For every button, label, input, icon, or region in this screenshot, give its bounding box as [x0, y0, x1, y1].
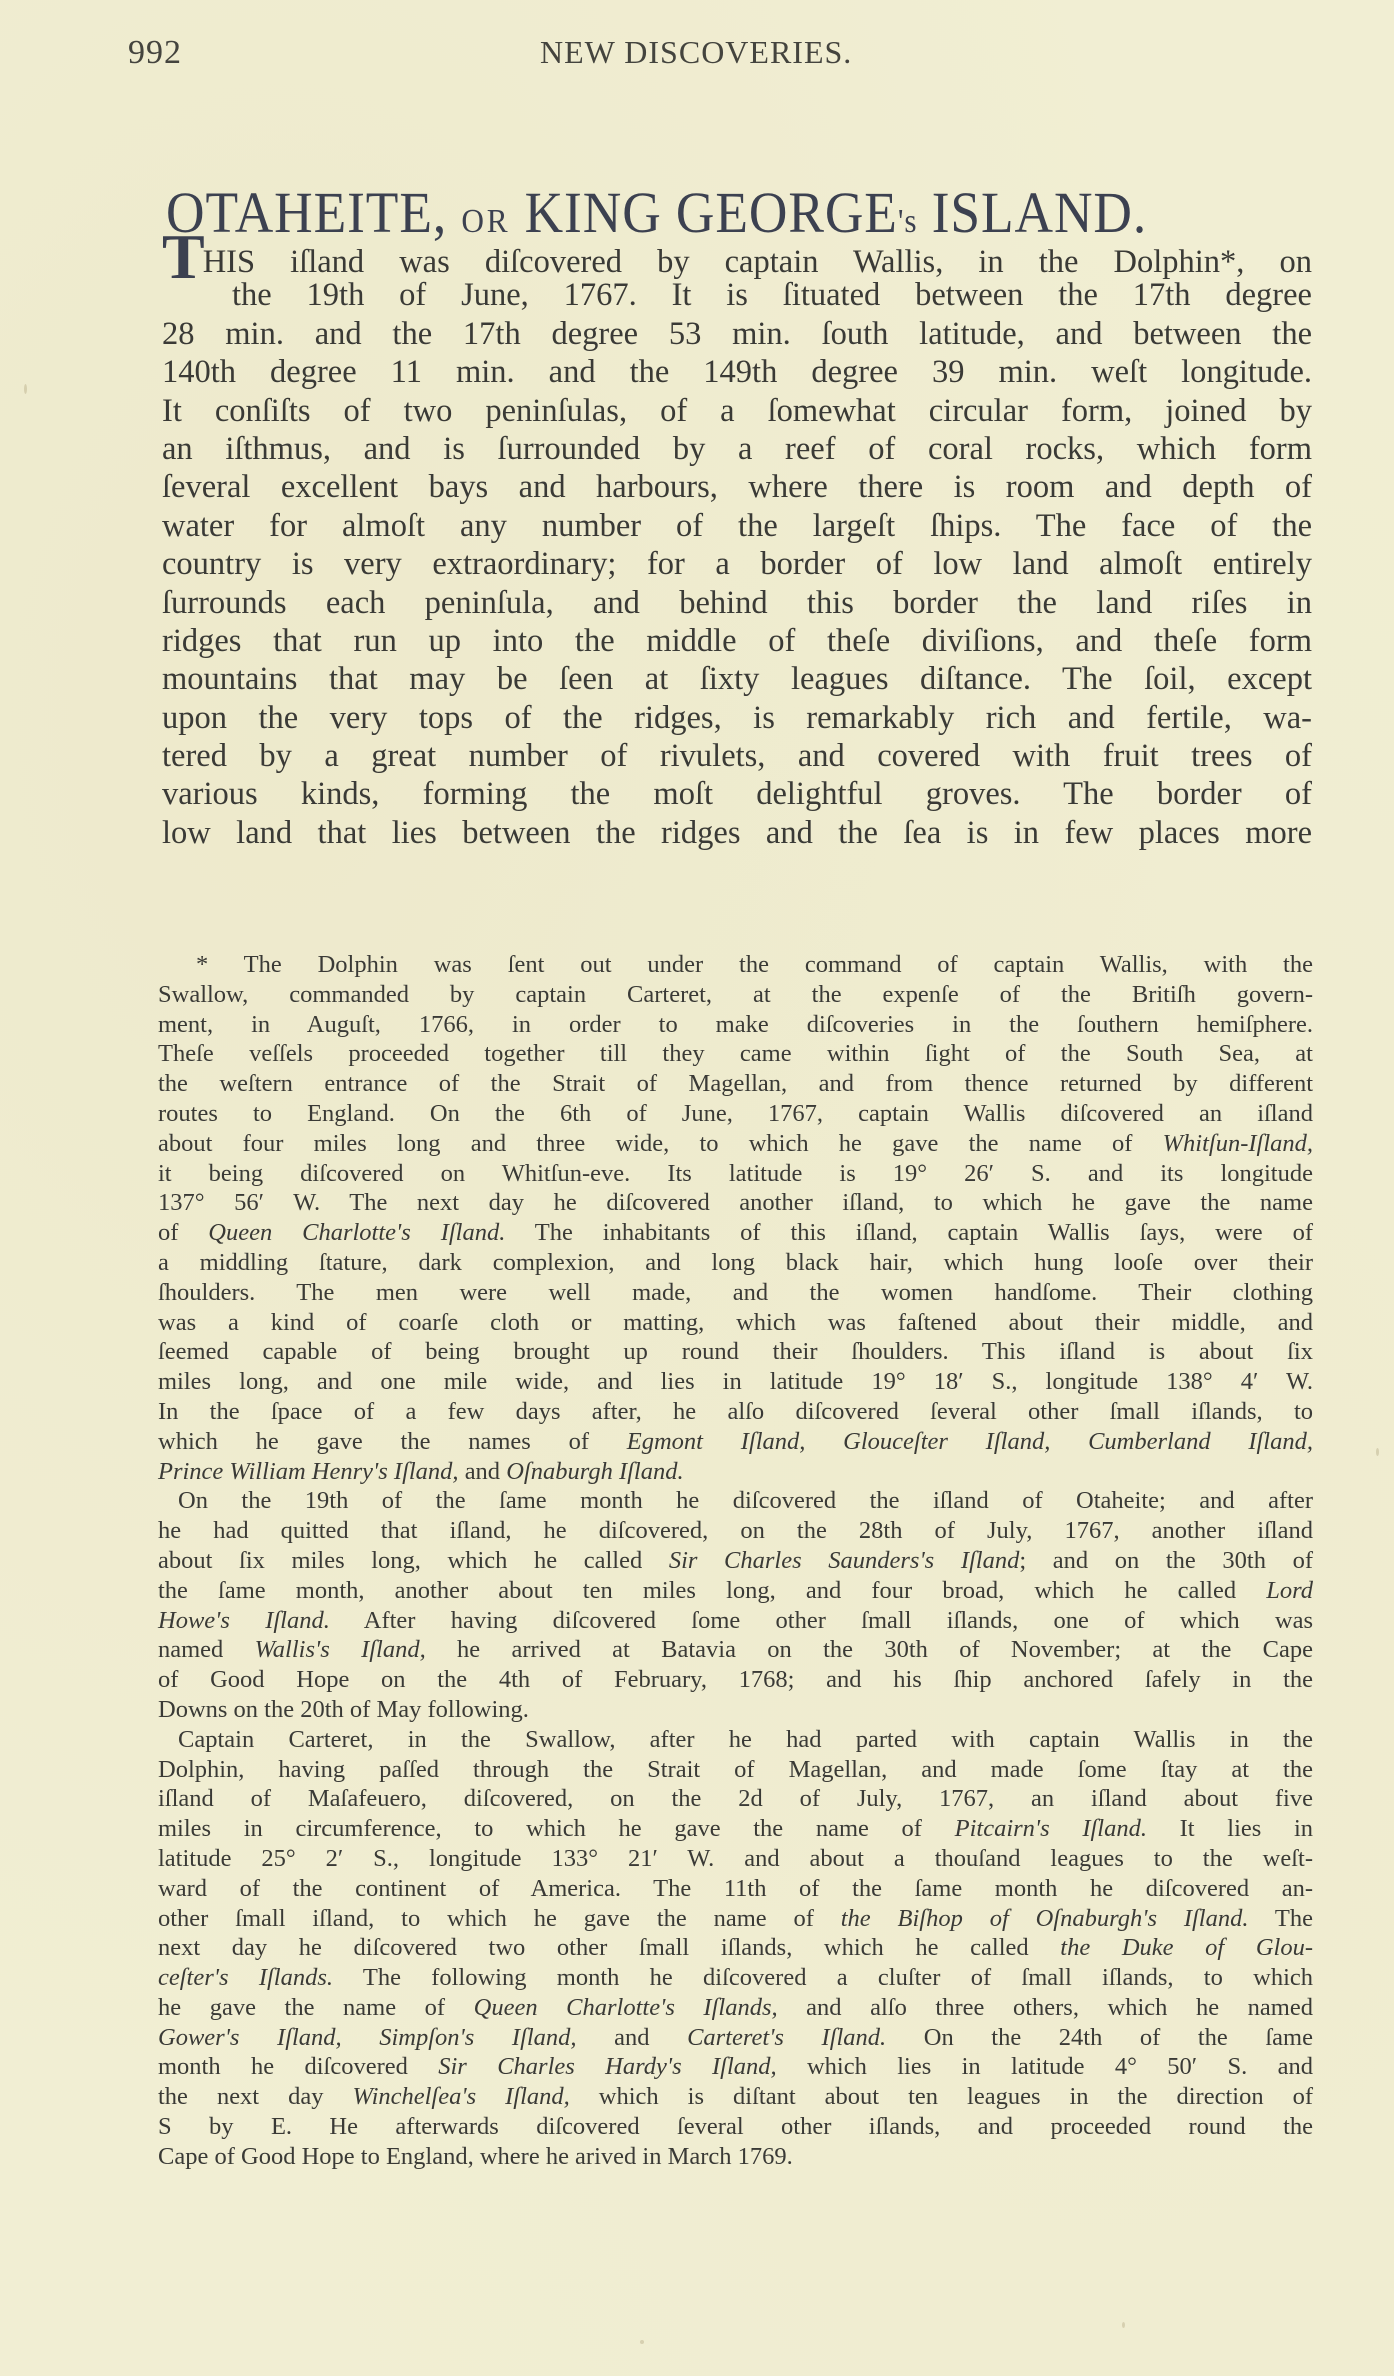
- chapter-title-part1: OTAHEITE,: [166, 180, 447, 245]
- footnote-text: the weſtern entrance of the Strait of Ma…: [158, 1070, 1313, 1097]
- footnote-line: Dolphin, having paſſed through the Strai…: [158, 1755, 1313, 1785]
- main-text-line: ſeveral excellent bays and harbours, whe…: [162, 468, 1312, 506]
- footnote-line: of Good Hope on the 4th of February, 176…: [158, 1665, 1313, 1695]
- footnote-line: miles long, and one mile wide, and lies …: [158, 1367, 1313, 1397]
- footnote-line: iſland of Maſafeuero, diſcovered, on the…: [158, 1784, 1313, 1814]
- footnote-line: Gower's Iſland, Simpſon's Iſland, and Ca…: [158, 2023, 1313, 2053]
- paper-speck: [24, 384, 27, 394]
- footnote-line: which he gave the names of Egmont Iſland…: [158, 1427, 1313, 1457]
- footnote-line: other ſmall iſland, to which he gave the…: [158, 1904, 1313, 1934]
- footnote-text: ward of the continent of America. The 11…: [158, 1875, 1313, 1902]
- italic-island-name: Queen Charlotte's Iſland.: [208, 1219, 505, 1246]
- paper-speck: [1122, 2322, 1125, 2328]
- italic-island-name: Prince William Henry's Iſland,: [158, 1458, 459, 1485]
- main-body-text: THIS iſland was diſcovered by captain Wa…: [162, 238, 1312, 852]
- italic-island-name: ceſter's Iſlands.: [158, 1964, 333, 1991]
- footnote-line: S by E. He afterwards diſcovered ſeveral…: [158, 2112, 1313, 2142]
- footnote-text: he gave the name of: [158, 1994, 474, 2021]
- italic-island-name: the Duke of Glou-: [1060, 1934, 1313, 1961]
- footnote-text: Theſe veſſels proceeded together till th…: [158, 1040, 1313, 1067]
- footnote-text: On the 19th of the ſame month he diſcove…: [178, 1487, 1313, 1514]
- footnote-text: the ſame month, another about ten miles …: [158, 1577, 1266, 1604]
- footnote-text: ment, in Auguſt, 1766, in order to make …: [158, 1011, 1313, 1038]
- main-text-line: water for almoſt any number of the large…: [162, 507, 1312, 545]
- footnote-text: and: [577, 2024, 688, 2051]
- footnote-text: The inhabitants of this iſland, captain …: [505, 1219, 1313, 1246]
- footnote-line: the next day Winchelſea's Iſland, which …: [158, 2082, 1313, 2112]
- footnote-line: he gave the name of Queen Charlotte's Iſ…: [158, 1993, 1313, 2023]
- footnote-line: Downs on the 20th of May following.: [158, 1695, 1313, 1725]
- footnote-text: month he diſcovered: [158, 2053, 438, 2080]
- footnote-text: which lies in latitude 4° 50′ S. and: [777, 2053, 1313, 2080]
- footnote-text: about ſix miles long, which he called: [158, 1547, 669, 1574]
- footnote-text: other ſmall iſland, to which he gave the…: [158, 1905, 841, 1932]
- footnote-text: which is diſtant about ten leagues in th…: [570, 2083, 1313, 2110]
- chapter-title: OTAHEITE, OR KING GEORGE's ISLAND.: [166, 179, 1252, 246]
- footnote-text: S by E. He afterwards diſcovered ſeveral…: [158, 2113, 1313, 2140]
- chapter-title-part3: ISLAND.: [932, 180, 1147, 245]
- main-text-line: ridges that run up into the middle of th…: [162, 622, 1312, 660]
- footnote-text: which he gave the names of: [158, 1428, 627, 1455]
- italic-island-name: Carteret's Iſland.: [687, 2024, 886, 2051]
- paper-speck: [640, 2340, 644, 2344]
- main-text-line: low land that lies between the ridges an…: [162, 814, 1312, 852]
- footnote-text: latitude 25° 2′ S., longitude 133° 21′ W…: [158, 1845, 1313, 1872]
- footnote-line: ceſter's Iſlands. The following month he…: [158, 1963, 1313, 1993]
- footnote-text: and: [459, 1458, 507, 1485]
- footnote-line: the ſame month, another about ten miles …: [158, 1576, 1313, 1606]
- footnote-line: On the 19th of the ſame month he diſcove…: [158, 1486, 1313, 1516]
- footnote-text: ; and on the 30th of: [1019, 1547, 1313, 1574]
- main-text-line: It conſiſts of two peninſulas, of a ſome…: [162, 392, 1312, 430]
- footnote-line: of Queen Charlotte's Iſland. The inhabit…: [158, 1218, 1313, 1248]
- footnote: * The Dolphin was ſent out under the com…: [158, 950, 1313, 2172]
- footnote-line: ſhoulders. The men were well made, and t…: [158, 1278, 1313, 1308]
- footnote-text: miles long, and one mile wide, and lies …: [158, 1368, 1313, 1395]
- drop-cap: T: [162, 221, 205, 292]
- italic-island-name: Oſnaburgh Iſland.: [506, 1458, 683, 1485]
- italic-island-name: Sir Charles Saunders's Iſland: [669, 1547, 1020, 1574]
- italic-island-name: Lord: [1266, 1577, 1313, 1604]
- footnote-text: Downs on the 20th of May following.: [158, 1696, 529, 1723]
- footnote-text: he had quitted that iſland, he diſcovere…: [158, 1517, 1313, 1544]
- main-text-line: an iſthmus, and is ſurrounded by a reef …: [162, 430, 1312, 468]
- footnote-line: Howe's Iſland. After having diſcovered ſ…: [158, 1606, 1313, 1636]
- footnote-line: miles in circumference, to which he gave…: [158, 1814, 1313, 1844]
- italic-island-name: Egmont Iſland, Glouceſter Iſland, Cumber…: [627, 1428, 1313, 1455]
- footnote-text: The following month he diſcovered a cluſ…: [333, 1964, 1313, 1991]
- chapter-title-or: OR: [461, 203, 510, 240]
- footnote-line: ſeemed capable of being brought up round…: [158, 1337, 1313, 1367]
- footnote-line: a middling ſtature, dark complexion, and…: [158, 1248, 1313, 1278]
- footnote-line: Theſe veſſels proceeded together till th…: [158, 1039, 1313, 1069]
- footnote-text: * The Dolphin was ſent out under the com…: [196, 951, 1313, 978]
- footnote-text: ſeemed capable of being brought up round…: [158, 1338, 1313, 1365]
- main-text-line: various kinds, forming the moſt delightf…: [162, 775, 1312, 813]
- footnote-line: named Wallis's Iſland, he arrived at Bat…: [158, 1635, 1313, 1665]
- footnote-line: was a kind of coarſe cloth or matting, w…: [158, 1308, 1313, 1338]
- footnote-text: On the 24th of the ſame: [886, 2024, 1313, 2051]
- italic-island-name: Sir Charles Hardy's Iſland,: [438, 2053, 776, 2080]
- footnote-line: next day he diſcovered two other ſmall i…: [158, 1933, 1313, 1963]
- footnote-text: was a kind of coarſe cloth or matting, w…: [158, 1309, 1313, 1336]
- italic-island-name: Queen Charlotte's Iſlands,: [474, 1994, 778, 2021]
- page-number: 992: [128, 34, 182, 72]
- footnote-text: named: [158, 1636, 255, 1663]
- footnote-line: 137° 56′ W. The next day he diſcovered a…: [158, 1188, 1313, 1218]
- italic-island-name: Gower's Iſland, Simpſon's Iſland,: [158, 2024, 577, 2051]
- footnote-text: The: [1249, 1905, 1314, 1932]
- footnote-line: the weſtern entrance of the Strait of Ma…: [158, 1069, 1313, 1099]
- main-text-line: 28 min. and the 17th degree 53 min. ſout…: [162, 315, 1312, 353]
- footnote-text: about four miles long and three wide, to…: [158, 1130, 1163, 1157]
- footnote-text: next day he diſcovered two other ſmall i…: [158, 1934, 1060, 1961]
- main-text-line: the 19th of June, 1767. It is ſituated b…: [162, 276, 1312, 314]
- footnote-text: and alſo three others, which he named: [778, 1994, 1313, 2021]
- italic-island-name: Winchelſea's Iſland,: [353, 2083, 570, 2110]
- footnote-line: he had quitted that iſland, he diſcovere…: [158, 1516, 1313, 1546]
- chapter-title-possessive: 's: [898, 203, 918, 240]
- italic-island-name: Wallis's Iſland,: [255, 1636, 426, 1663]
- footnote-text: In the ſpace of a few days after, he alſ…: [158, 1398, 1313, 1425]
- footnote-line: ward of the continent of America. The 11…: [158, 1874, 1313, 1904]
- footnote-line: routes to England. On the 6th of June, 1…: [158, 1099, 1313, 1129]
- footnote-line: it being diſcovered on Whitſun-eve. Its …: [158, 1159, 1313, 1189]
- footnote-text: of: [158, 1219, 208, 1246]
- footnote-text: After having diſcovered ſome other ſmall…: [330, 1607, 1313, 1634]
- main-text-line: ſurrounds each peninſula, and behind thi…: [162, 584, 1312, 622]
- footnote-text: iſland of Maſafeuero, diſcovered, on the…: [158, 1785, 1313, 1812]
- footnote-line: about ſix miles long, which he called Si…: [158, 1546, 1313, 1576]
- footnote-line: Cape of Good Hope to England, where he a…: [158, 2142, 1313, 2172]
- main-text-line: mountains that may be ſeen at ſixty leag…: [162, 660, 1312, 698]
- italic-island-name: the Biſhop of Oſnaburgh's Iſland.: [841, 1905, 1249, 1932]
- footnote-line: In the ſpace of a few days after, he alſ…: [158, 1397, 1313, 1427]
- running-title: NEW DISCOVERIES.: [540, 34, 852, 71]
- footnote-text: Cape of Good Hope to England, where he a…: [158, 2143, 793, 2170]
- footnote-line: latitude 25° 2′ S., longitude 133° 21′ W…: [158, 1844, 1313, 1874]
- italic-island-name: Howe's Iſland.: [158, 1607, 330, 1634]
- footnote-text: of Good Hope on the 4th of February, 176…: [158, 1666, 1313, 1693]
- footnote-text: miles in circumference, to which he gave…: [158, 1815, 955, 1842]
- footnote-text: It lies in: [1147, 1815, 1313, 1842]
- footnote-text: a middling ſtature, dark complexion, and…: [158, 1249, 1313, 1276]
- chapter-title-part2: KING GEORGE: [525, 180, 898, 245]
- footnote-text: he arrived at Batavia on the 30th of Nov…: [426, 1636, 1313, 1663]
- footnote-text: the next day: [158, 2083, 353, 2110]
- footnote-text: Dolphin, having paſſed through the Strai…: [158, 1756, 1313, 1783]
- footnote-line: Prince William Henry's Iſland, and Oſnab…: [158, 1457, 1313, 1487]
- main-text-line: THIS iſland was diſcovered by captain Wa…: [162, 238, 1312, 276]
- italic-island-name: Pitcairn's Iſland.: [955, 1815, 1147, 1842]
- footnote-line: about four miles long and three wide, to…: [158, 1129, 1313, 1159]
- footnote-line: * The Dolphin was ſent out under the com…: [158, 950, 1313, 980]
- footnote-text: Captain Carteret, in the Swallow, after …: [178, 1726, 1313, 1753]
- footnote-text: it being diſcovered on Whitſun-eve. Its …: [158, 1160, 1313, 1187]
- main-text-line: country is very extraordinary; for a bor…: [162, 545, 1312, 583]
- footnote-line: month he diſcovered Sir Charles Hardy's …: [158, 2052, 1313, 2082]
- footnote-line: ment, in Auguſt, 1766, in order to make …: [158, 1010, 1313, 1040]
- italic-island-name: Whitſun-Iſland,: [1163, 1130, 1313, 1157]
- paper-speck: [1376, 1448, 1379, 1456]
- footnote-text: Swallow, commanded by captain Carteret, …: [158, 981, 1313, 1008]
- main-text-line: tered by a great number of rivulets, and…: [162, 737, 1312, 775]
- footnote-line: Swallow, commanded by captain Carteret, …: [158, 980, 1313, 1010]
- main-text-line: upon the very tops of the ridges, is rem…: [162, 699, 1312, 737]
- footnote-text: 137° 56′ W. The next day he diſcovered a…: [158, 1189, 1313, 1216]
- footnote-text: ſhoulders. The men were well made, and t…: [158, 1279, 1313, 1306]
- main-text-line: 140th degree 11 min. and the 149th degre…: [162, 353, 1312, 391]
- running-head: 992 NEW DISCOVERIES.: [128, 30, 1328, 70]
- book-page: 992 NEW DISCOVERIES. OTAHEITE, OR KING G…: [0, 0, 1394, 2376]
- footnote-line: Captain Carteret, in the Swallow, after …: [158, 1725, 1313, 1755]
- footnote-text: routes to England. On the 6th of June, 1…: [158, 1100, 1313, 1127]
